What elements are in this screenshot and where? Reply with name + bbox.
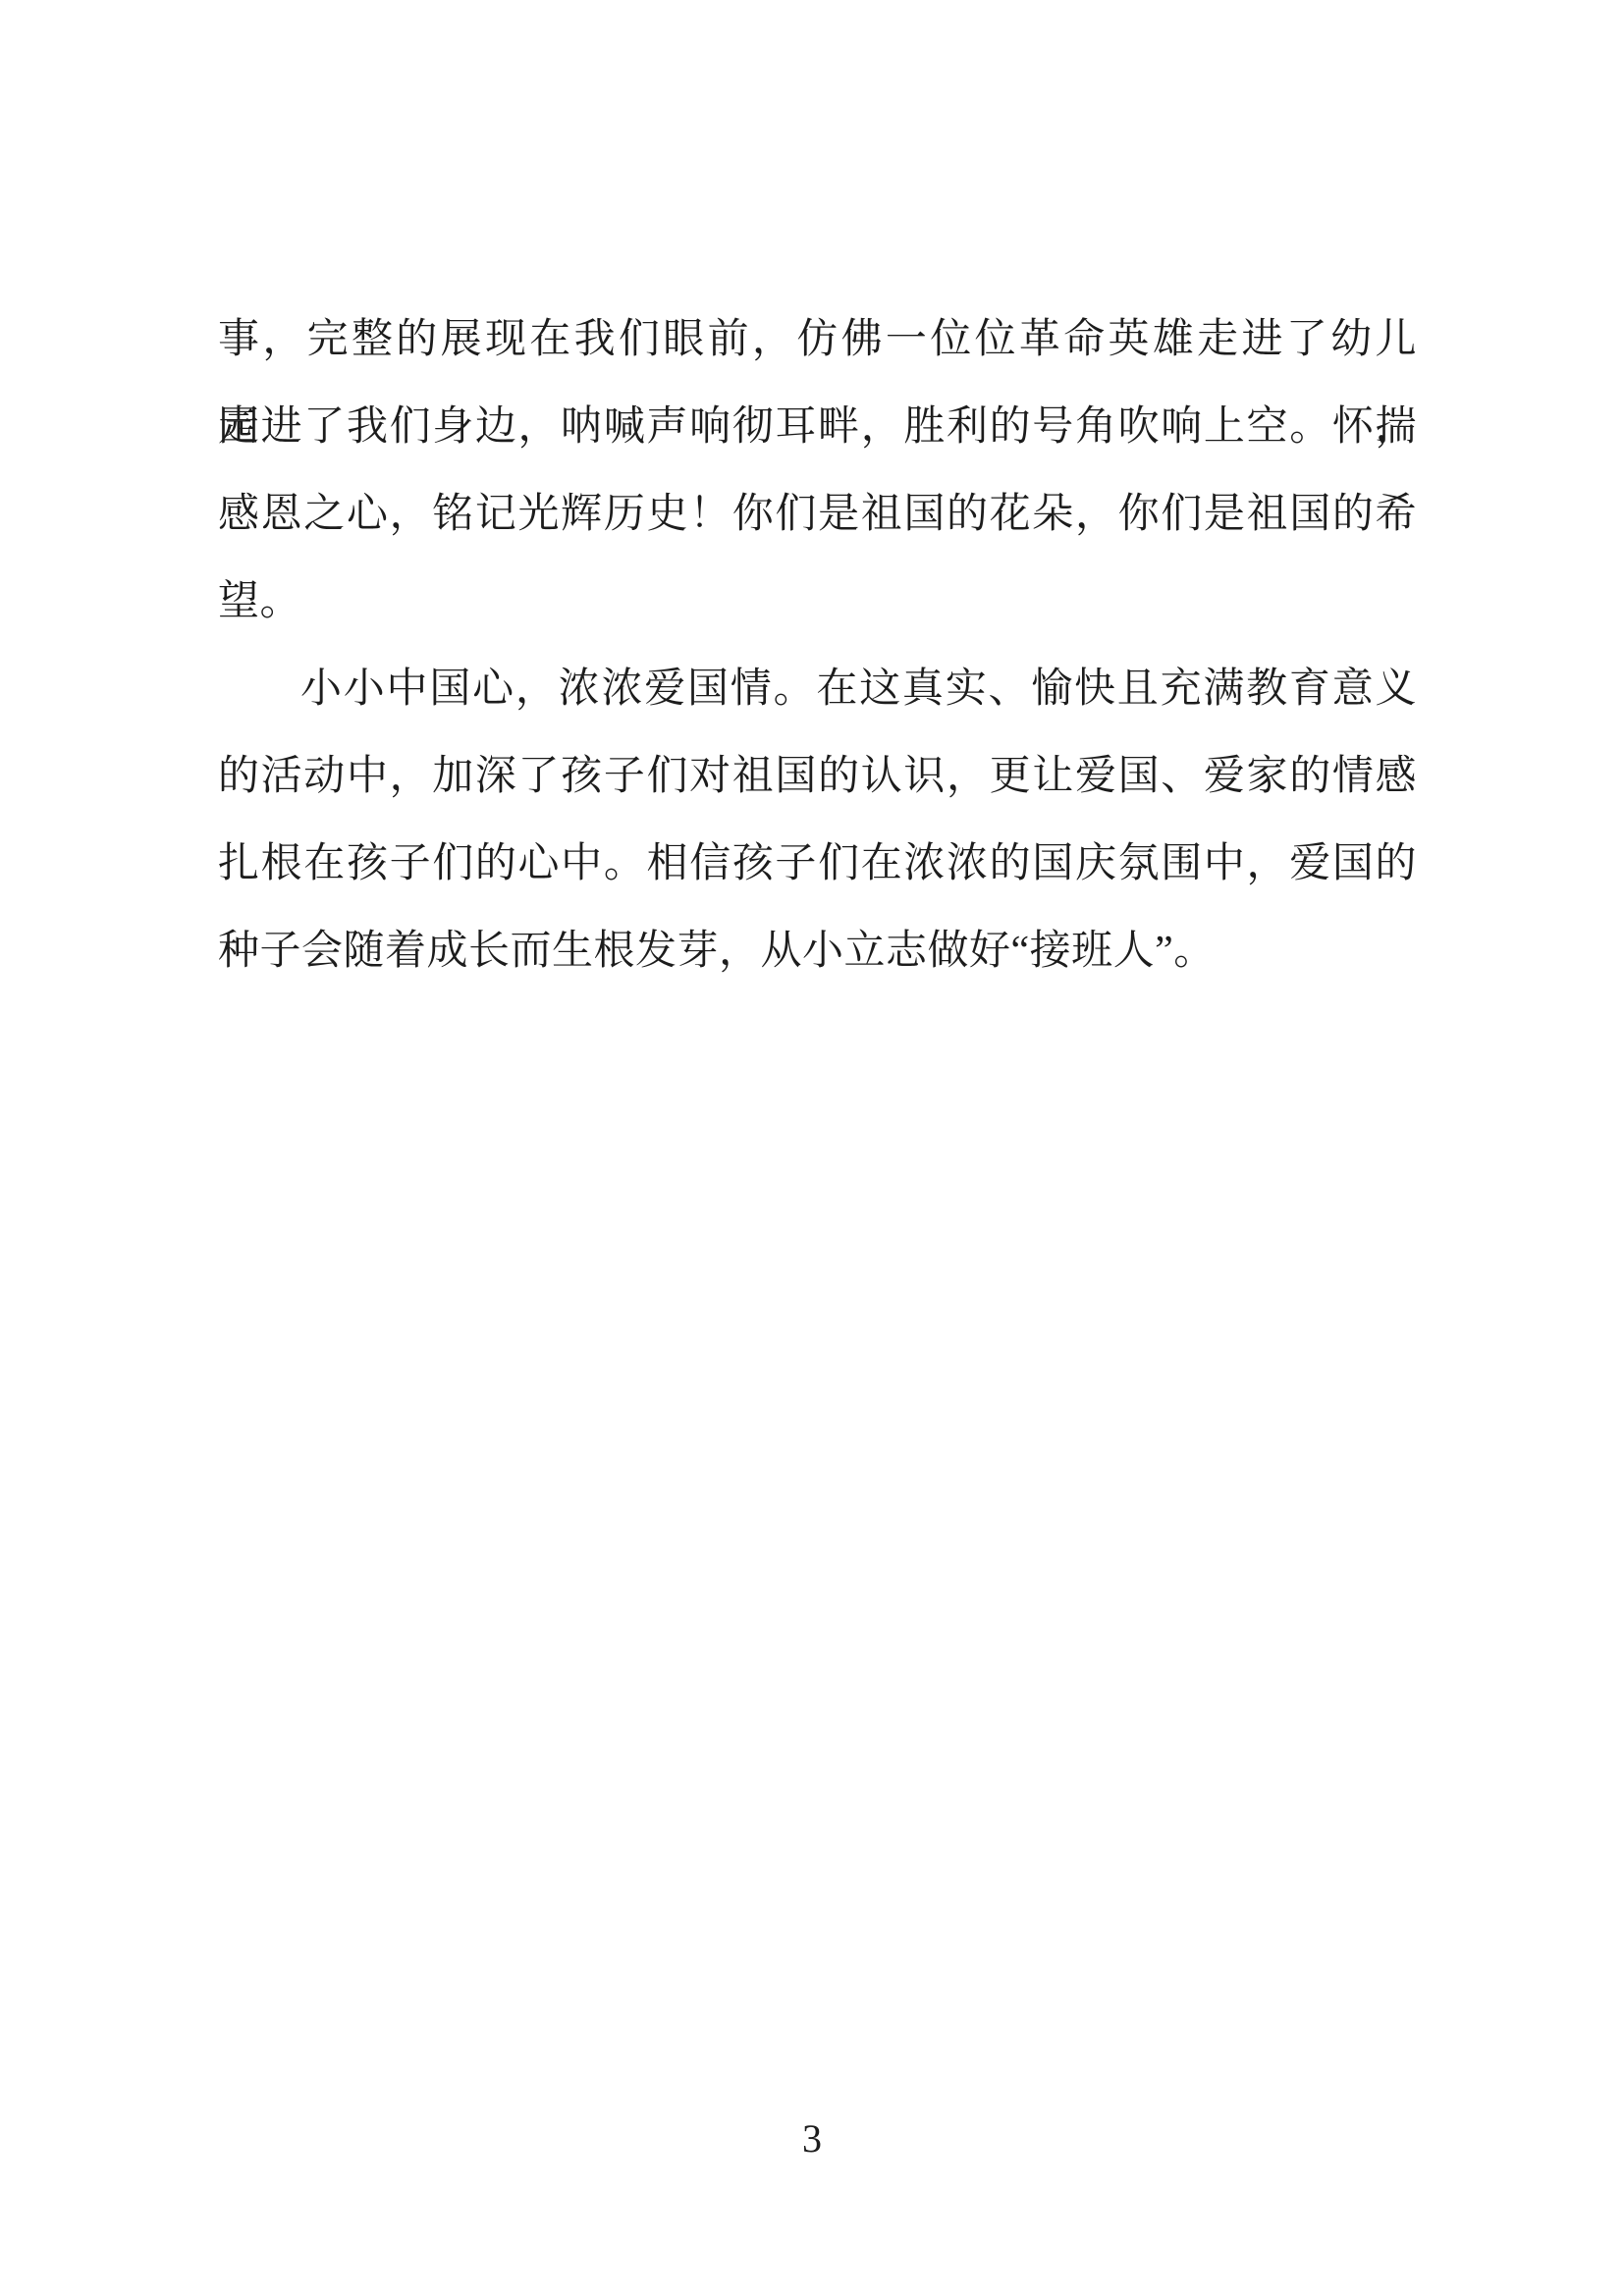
text-line: 事，完整的展现在我们眼前，仿佛一位位革命英雄走进了幼儿园， <box>218 296 1417 384</box>
text-line: 扎根在孩子们的心中。相信孩子们在浓浓的国庆氛围中，爱国的 <box>218 821 1417 908</box>
document-body: 事，完整的展现在我们眼前，仿佛一位位革命英雄走进了幼儿园， 走进了我们身边，呐喊… <box>218 296 1417 995</box>
page-footer: 3 <box>0 2116 1624 2162</box>
document-page: 事，完整的展现在我们眼前，仿佛一位位革命英雄走进了幼儿园， 走进了我们身边，呐喊… <box>0 0 1624 2296</box>
text-line: 种子会随着成长而生根发芽，从小立志做好“接班人”。 <box>218 908 1417 995</box>
text-line: 感恩之心，铭记光辉历史！你们是祖国的花朵，你们是祖国的希 <box>218 471 1417 559</box>
text-line: 望。 <box>218 559 1417 646</box>
text-line: 小小中国心，浓浓爱国情。在这真实、愉快且充满教育意义 <box>218 646 1417 733</box>
paragraph-1: 事，完整的展现在我们眼前，仿佛一位位革命英雄走进了幼儿园， 走进了我们身边，呐喊… <box>218 296 1417 646</box>
text-line: 的活动中，加深了孩子们对祖国的认识，更让爱国、爱家的情感 <box>218 733 1417 821</box>
page-number: 3 <box>802 2116 822 2161</box>
paragraph-2: 小小中国心，浓浓爱国情。在这真实、愉快且充满教育意义 的活动中，加深了孩子们对祖… <box>218 646 1417 995</box>
text-line: 走进了我们身边，呐喊声响彻耳畔，胜利的号角吹响上空。怀揣 <box>218 384 1417 471</box>
